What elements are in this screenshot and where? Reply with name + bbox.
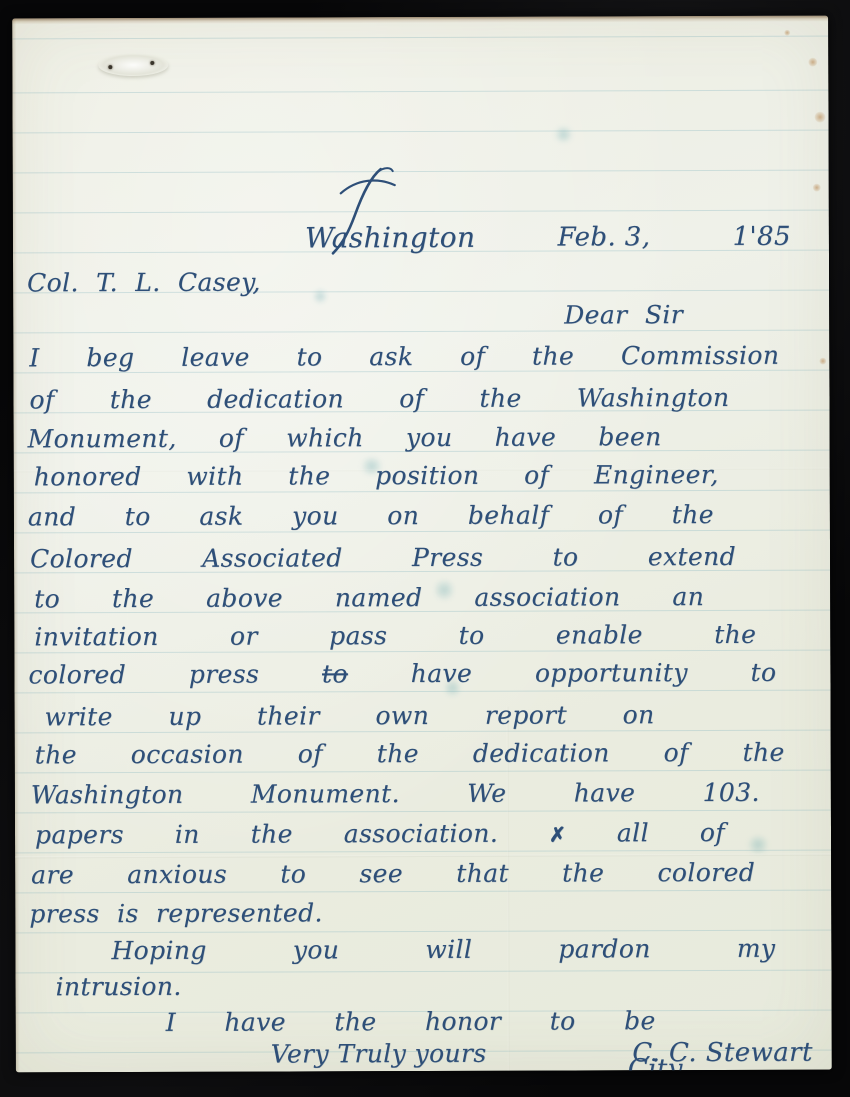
letter-line: invitation or pass to enable the [34, 618, 756, 655]
foxing-spot [784, 30, 790, 36]
amended-post: have opportunity to [411, 658, 777, 688]
letter-line: of the dedication of the Washington [29, 381, 729, 417]
salutation-line: Dear Sir [564, 298, 683, 332]
letter-line: are anxious to see that the colored [31, 856, 755, 893]
letter-line: write up their own report on [45, 698, 655, 734]
closing-line: Hoping you will pardon my [111, 932, 775, 968]
ink-smudge [553, 126, 575, 142]
foxing-spot [813, 184, 821, 192]
letter-line: Monument, of which you have been [28, 420, 662, 456]
signoff: Very Truly yours [271, 1037, 487, 1072]
letter-line: Colored Associated Press to extend [30, 540, 736, 576]
letter-line: and to ask you on behalf of the [28, 498, 714, 534]
signature-row: Very Truly yours C. C. Stewart [271, 1036, 813, 1072]
letter-sheet: Washington Feb. 3, 1'85 Col. T. L. Casey… [12, 16, 832, 1073]
heading-city: Washington [305, 221, 476, 256]
pinhole [108, 65, 112, 69]
foxing-spot [814, 112, 825, 123]
struck-word: to [322, 659, 348, 688]
letter-line-marked: papers in the association. ✗ all of [35, 816, 725, 853]
closing-line: I have the honor to be [166, 1004, 656, 1040]
heading-year: 1'85 [732, 220, 790, 254]
amended-pre: colored press [28, 660, 259, 690]
letter-heading: Washington Feb. 3, 1'85 [305, 220, 791, 256]
heading-date: Feb. 3, [558, 220, 651, 254]
letter-line: press is represented. [29, 896, 323, 931]
letter-line: to the above named association an [34, 580, 704, 616]
ink-smudge [313, 287, 327, 305]
pinhole [150, 61, 154, 65]
signature-city-line: City [628, 1052, 683, 1072]
letter-line-amended: colored press to have opportunity to [28, 656, 776, 693]
letter-line: Washington Monument. We have 103. [31, 776, 760, 813]
foxing-spot [819, 358, 826, 365]
closing-line: intrusion. [55, 970, 181, 1004]
letter-line: I beg leave to ask of the Commission [29, 339, 779, 376]
foxing-spot [808, 58, 817, 67]
letter-line: the occasion of the dedication of the [35, 736, 785, 773]
recipient-line: Col. T. L. Casey, [27, 266, 261, 301]
ink-smudge [745, 836, 771, 854]
letter-line: honored with the position of Engineer, [34, 458, 719, 494]
insertion-x-mark: ✗ [549, 822, 566, 846]
marked-pre: papers in the association. [35, 819, 498, 850]
marked-post: all of [617, 818, 725, 847]
